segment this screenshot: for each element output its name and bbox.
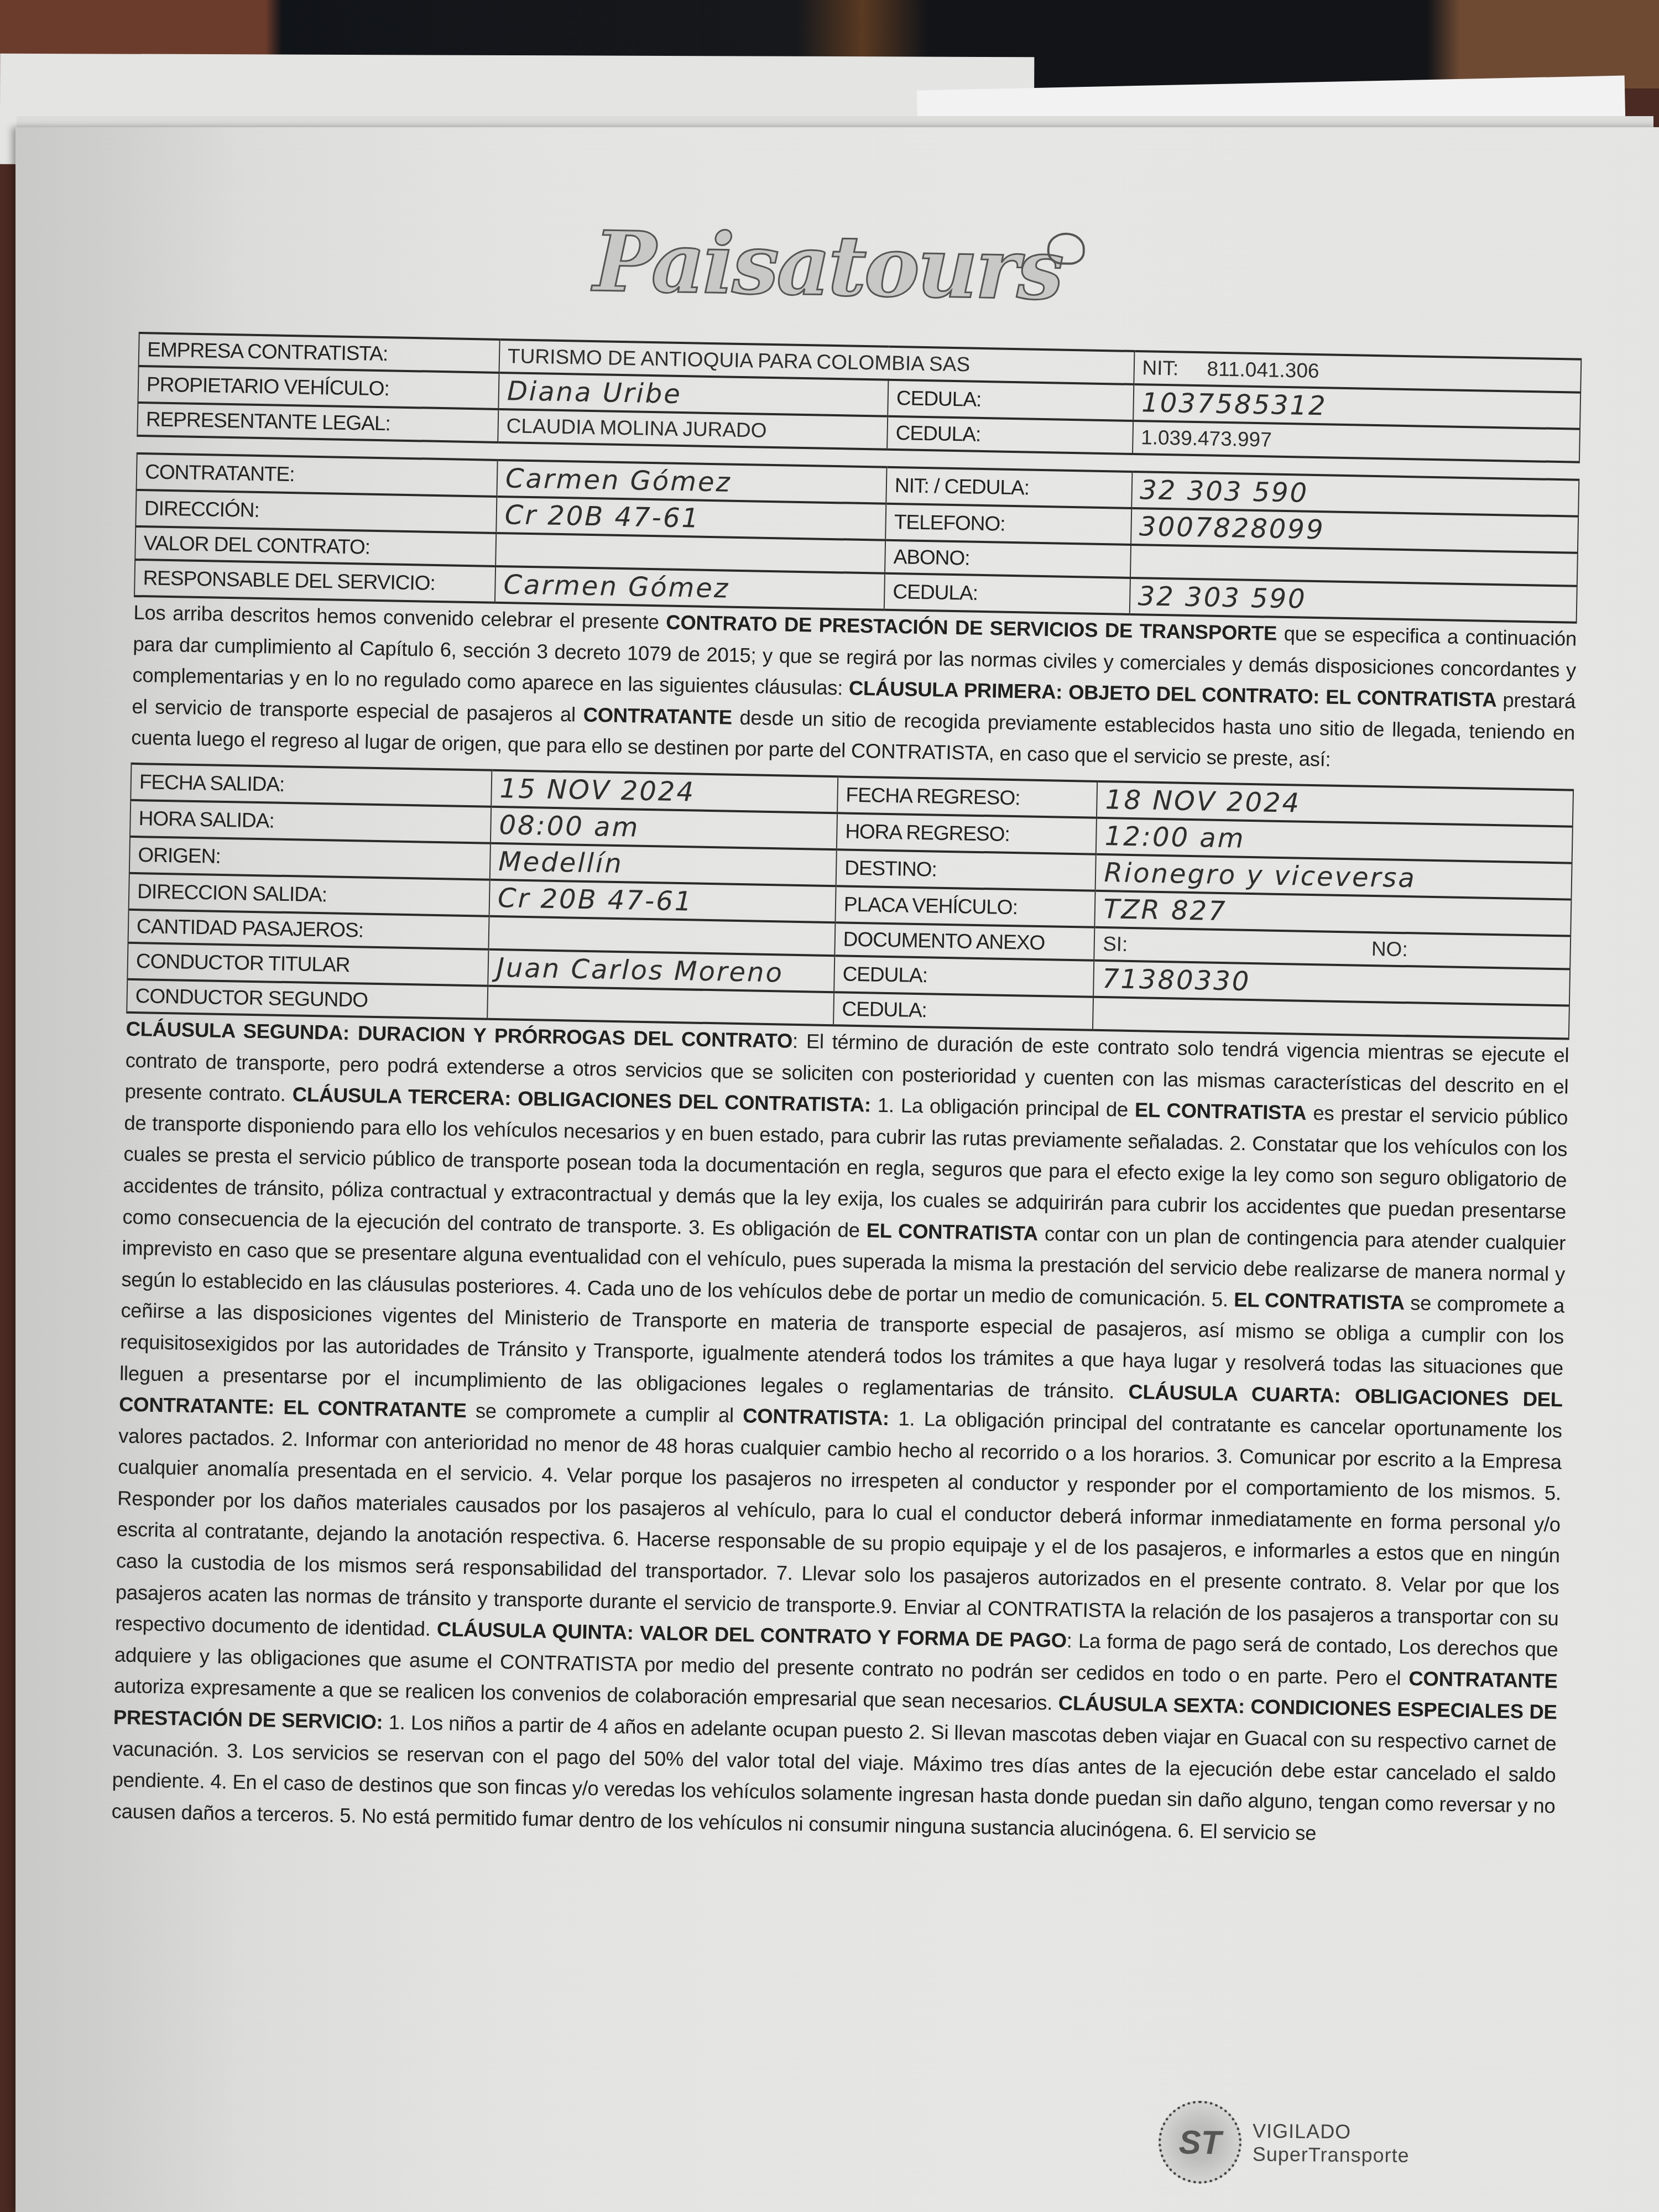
field-label: CEDULA: bbox=[834, 956, 1094, 997]
text-run: 1. La obligación principal del contratan… bbox=[115, 1407, 1563, 1640]
legal-rep-name: CLAUDIA MOLINA JURADO bbox=[498, 409, 888, 450]
annex-yes-label: SI: bbox=[1103, 932, 1128, 956]
departure-time: 08:00 am bbox=[491, 807, 837, 849]
field-label: ORIGEN: bbox=[129, 837, 491, 880]
trip-info-table: FECHA SALIDA: 15 NOV 2024 FECHA REGRESO:… bbox=[126, 763, 1574, 1040]
company-nit: 811.041.306 bbox=[1207, 357, 1319, 382]
field-label: ABONO: bbox=[885, 540, 1130, 578]
field-label: CONDUCTOR TITULAR bbox=[127, 943, 488, 986]
supertransporte-seal-icon: ST bbox=[1158, 2100, 1241, 2184]
clause-heading: CLÁUSULA TERCERA: OBLIGACIONES DEL CONTR… bbox=[292, 1083, 871, 1116]
hat-icon bbox=[1047, 232, 1085, 265]
field-label: FECHA SALIDA: bbox=[131, 764, 492, 807]
field-label: CEDULA: bbox=[833, 992, 1093, 1030]
text-run: se compromete a cumplir al bbox=[466, 1399, 743, 1427]
client-info-table: CONTRATANTE: Carmen Gómez NIT: / CEDULA:… bbox=[134, 452, 1579, 624]
supertransporte-text: VIGILADO SuperTransporte bbox=[1253, 2120, 1410, 2167]
bold-run: CONTRATISTA: bbox=[743, 1404, 889, 1430]
departure-date: 15 NOV 2024 bbox=[491, 770, 838, 813]
company-info-table: EMPRESA CONTRATISTA: TURISMO DE ANTIOQUI… bbox=[137, 332, 1582, 463]
second-driver bbox=[487, 986, 834, 1025]
field-label: CEDULA: bbox=[887, 416, 1133, 454]
origin: Medellín bbox=[490, 843, 837, 886]
vigilado-label: VIGILADO bbox=[1253, 2120, 1410, 2144]
field-label: REPRESENTANTE LEGAL: bbox=[137, 403, 498, 442]
field-label: DOCUMENTO ANEXO bbox=[834, 922, 1094, 961]
field-label: PLACA VEHÍCULO: bbox=[835, 886, 1095, 927]
bold-run: EL CONTRATISTA bbox=[866, 1219, 1038, 1245]
main-driver: Juan Carlos Moreno bbox=[488, 950, 834, 992]
field-label: RESPONSABLE DEL SERVICIO: bbox=[134, 560, 495, 603]
field-label: HORA SALIDA: bbox=[130, 800, 491, 843]
field-label: PROPIETARIO VEHÍCULO: bbox=[138, 366, 499, 409]
bold-run: EL CONTRATISTA bbox=[1234, 1288, 1405, 1314]
field-label: CONDUCTOR SEGUNDO bbox=[127, 979, 488, 1019]
field-label: NIT: bbox=[1142, 356, 1179, 379]
departure-address: Cr 20B 47-61 bbox=[489, 880, 836, 922]
field-label: DIRECCIÓN: bbox=[135, 490, 497, 533]
annex-no-label: NO: bbox=[1371, 937, 1408, 961]
supertransporte-label: SuperTransporte bbox=[1253, 2143, 1410, 2167]
clause-heading: CLÁUSULA PRIMERA: OBJETO DEL CONTRATO: E… bbox=[849, 677, 1497, 711]
intro-paragraph: Los arriba descritos hemos convenido cel… bbox=[131, 597, 1577, 780]
responsible-cedula: 32 303 590 bbox=[1129, 578, 1577, 623]
bold-run: CONTRATANTE bbox=[1408, 1667, 1558, 1692]
field-label: NIT: / CEDULA: bbox=[886, 467, 1131, 508]
field-label: FECHA REGRESO: bbox=[837, 776, 1098, 818]
text-run: 1. La obligación principal de bbox=[870, 1094, 1135, 1121]
logo-text: Paisatours bbox=[593, 213, 1063, 319]
clause-heading: CLÁUSULA QUINTA: VALOR DEL CONTRATO Y FO… bbox=[437, 1618, 1067, 1652]
field-label: HORA REGRESO: bbox=[837, 813, 1097, 854]
clauses-body: CLÁUSULA SEGUNDA: DURACION Y PRÓRROGAS D… bbox=[111, 1014, 1569, 1854]
field-label: DESTINO: bbox=[836, 849, 1097, 891]
text-run: es prestar el servicio público de transp… bbox=[122, 1102, 1568, 1241]
bold-run: EL CONTRATISTA bbox=[1135, 1098, 1307, 1124]
company-logo: Paisatours bbox=[592, 213, 1147, 350]
bold-run: CONTRATANTE bbox=[583, 703, 732, 729]
field-label: DIRECCION SALIDA: bbox=[129, 873, 490, 916]
field-label: CEDULA: bbox=[888, 380, 1133, 421]
text-run: Los arriba descritos hemos convenido cel… bbox=[133, 601, 666, 634]
contract-content: Paisatours EMPRESA CONTRATISTA: TURISMO … bbox=[111, 205, 1584, 1854]
field-label: TELEFONO: bbox=[885, 504, 1131, 545]
responsible-name: Carmen Gómez bbox=[495, 566, 885, 610]
supertransporte-badge: ST VIGILADO SuperTransporte bbox=[1158, 2100, 1410, 2185]
field-label: CEDULA: bbox=[884, 573, 1130, 614]
field-label: CONTRATANTE: bbox=[137, 453, 498, 497]
